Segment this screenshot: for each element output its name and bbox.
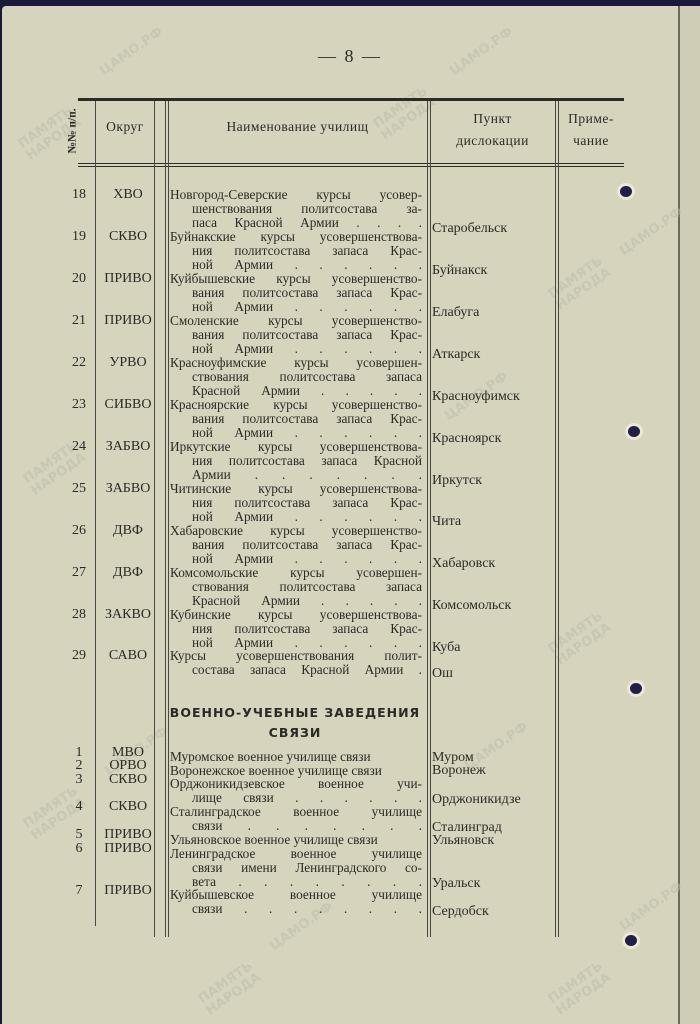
- row-number: 4: [62, 800, 96, 814]
- school-name-line: вания политсостава запаса Крас-: [170, 286, 422, 300]
- school-name-line: ной Армии . . . . . .: [170, 342, 422, 356]
- school-name-line: Красной Армии . . . . .: [170, 384, 422, 398]
- row-number: 25: [62, 482, 96, 496]
- punch-hole: [628, 426, 640, 437]
- school-name-line: Курсы усовершенствования полит-: [170, 649, 422, 663]
- row-okrug: ПРИВО: [98, 884, 158, 898]
- school-name-line: лище связи . . . . . .: [170, 791, 422, 805]
- row-okrug: САВО: [98, 649, 158, 663]
- section-title-line1: ВОЕННО-УЧЕБНЫЕ ЗАВЕДЕНИЯ: [160, 703, 430, 723]
- school-name-line: Орджоникидзевское военное учи-: [170, 777, 422, 791]
- school-name-line: Иркутские курсы усовершенствова-: [170, 440, 422, 454]
- row-school-name: Красноярские курсы усовершенство-вания п…: [170, 398, 422, 440]
- school-name-line: ствования политсостава запаса: [170, 580, 422, 594]
- row-number: 29: [62, 649, 96, 663]
- school-name-line: ния политсостава запаса Крас-: [170, 622, 422, 636]
- section-title-line2: СВЯЗИ: [160, 723, 430, 743]
- row-okrug: СИБВО: [98, 398, 158, 412]
- school-name-line: вания политсостава запаса Крас-: [170, 412, 422, 426]
- row-location: Воронеж: [432, 764, 486, 778]
- school-name-line: Красноярские курсы усовершенство-: [170, 398, 422, 412]
- row-number: 2: [62, 759, 96, 773]
- row-okrug: ПРИВО: [98, 828, 158, 842]
- row-okrug: ПРИВО: [98, 272, 158, 286]
- row-location: Куба: [432, 641, 460, 655]
- row-location: Комсомольск: [432, 599, 511, 613]
- row-location: Елабуга: [432, 306, 479, 320]
- school-name-line: паса Красной Армии . . . .: [170, 216, 422, 230]
- row-school-name: Ленинградское военное училищесвязи имени…: [170, 847, 422, 889]
- school-name-line: шенствования политсостава за-: [170, 202, 422, 216]
- row-okrug: СКВО: [98, 800, 158, 814]
- column-divider: [555, 101, 556, 937]
- school-name-line: ной Армии . . . . . .: [170, 552, 422, 566]
- row-okrug: ХВО: [98, 188, 158, 202]
- punch-hole: [620, 186, 632, 197]
- school-name-line: вания политсостава запаса Крас-: [170, 328, 422, 342]
- row-location: Чита: [432, 515, 461, 529]
- school-name-line: связи имени Ленинградского со-: [170, 861, 422, 875]
- school-name-line: Буйнакские курсы усовершенствова-: [170, 230, 422, 244]
- header-name: Наименование училищ: [168, 116, 427, 138]
- row-number: 7: [62, 884, 96, 898]
- punch-hole: [625, 935, 637, 946]
- page-number: — 8 —: [0, 46, 700, 67]
- row-school-name: Орджоникидзевское военное учи-лище связи…: [170, 777, 422, 805]
- school-name-line: ной Армии . . . . . .: [170, 258, 422, 272]
- row-location: Иркутск: [432, 474, 482, 488]
- header-place-line2: дислокации: [430, 130, 555, 152]
- row-okrug: ПРИВО: [98, 842, 158, 856]
- row-location: Буйнакск: [432, 264, 487, 278]
- row-number: 22: [62, 356, 96, 370]
- row-okrug: ДВФ: [98, 524, 158, 538]
- column-divider: [165, 101, 166, 937]
- row-school-name: Муромское военное училище связи: [170, 750, 422, 764]
- row-school-name: Иркутские курсы усовершенствова-ния поли…: [170, 440, 422, 482]
- row-school-name: Кубинские курсы усовершенствова-ния поли…: [170, 608, 422, 650]
- school-name-line: вания политсостава запаса Крас-: [170, 538, 422, 552]
- punch-hole: [630, 683, 642, 694]
- school-name-line: ствования политсостава запаса: [170, 370, 422, 384]
- school-name-line: ния политсостава запаса Крас-: [170, 244, 422, 258]
- row-number: 19: [62, 230, 96, 244]
- school-name-line: Кубинские курсы усовершенствова-: [170, 608, 422, 622]
- school-name-line: ния политсостава запаса Крас-: [170, 496, 422, 510]
- table-top-rule: [78, 98, 624, 101]
- row-location: Старобельск: [432, 222, 507, 236]
- header-place-line1: Пункт: [430, 108, 555, 130]
- row-school-name: Красноуфимские курсы усовершен-ствования…: [170, 356, 422, 398]
- school-name-line: Новгород-Северские курсы усовер-: [170, 188, 422, 202]
- header-note: Приме- чание: [558, 108, 624, 152]
- school-name-line: Куйбышевское военное училище: [170, 888, 422, 902]
- row-location: Красноуфимск: [432, 390, 520, 404]
- row-location: Хабаровск: [432, 557, 495, 571]
- row-location: Орджоникидзе: [432, 793, 521, 807]
- row-school-name: Буйнакские курсы усовершенствова-ния пол…: [170, 230, 422, 272]
- school-name-line: связи . . . . . . .: [170, 819, 422, 833]
- row-location: Уральск: [432, 877, 480, 891]
- school-name-line: ной Армии . . . . . .: [170, 510, 422, 524]
- row-okrug: ДВФ: [98, 566, 158, 580]
- header-note-line1: Приме-: [558, 108, 624, 130]
- row-number: 3: [62, 773, 96, 787]
- row-okrug: ОРВО: [98, 759, 158, 773]
- row-number: 6: [62, 842, 96, 856]
- row-number: 5: [62, 828, 96, 842]
- school-name-line: ния политсостава запаса Красной: [170, 454, 422, 468]
- row-school-name: Смоленские курсы усовершенство-вания пол…: [170, 314, 422, 356]
- row-okrug: СКВО: [98, 773, 158, 787]
- header-rule-2: [78, 166, 624, 167]
- row-number: 21: [62, 314, 96, 328]
- row-okrug: ЗАБВО: [98, 440, 158, 454]
- school-name-line: Читинские курсы усовершенствова-: [170, 482, 422, 496]
- row-school-name: Куйбышевское военное училищесвязи . . . …: [170, 888, 422, 916]
- row-number: 18: [62, 188, 96, 202]
- school-name-line: Армии . . . . . . .: [170, 468, 422, 482]
- school-name-line: Ульяновское военное училище связи: [170, 833, 422, 847]
- row-school-name: Сталинградское военное училищесвязи . . …: [170, 805, 422, 833]
- school-name-line: связи . . . . . . . .: [170, 902, 422, 916]
- school-name-line: ной Армии . . . . . .: [170, 300, 422, 314]
- row-okrug: ЗАБВО: [98, 482, 158, 496]
- row-number: 27: [62, 566, 96, 580]
- school-name-line: Смоленские курсы усовершенство-: [170, 314, 422, 328]
- column-divider: [168, 101, 169, 937]
- row-location: Ош: [432, 667, 453, 681]
- row-school-name: Комсомольские курсы усовершен-ствования …: [170, 566, 422, 608]
- page-edge: [678, 6, 700, 1024]
- column-divider: [430, 101, 431, 937]
- row-location: Ульяновск: [432, 834, 494, 848]
- row-okrug: УРВО: [98, 356, 158, 370]
- school-name-line: Сталинградское военное училище: [170, 805, 422, 819]
- row-okrug: СКВО: [98, 230, 158, 244]
- school-name-line: Муромское военное училище связи: [170, 750, 422, 764]
- row-location: Красноярск: [432, 432, 501, 446]
- school-name-line: ной Армии . . . . . .: [170, 426, 422, 440]
- row-number: 28: [62, 608, 96, 622]
- row-okrug: ЗАКВО: [98, 608, 158, 622]
- row-school-name: Хабаровские курсы усовершенство-вания по…: [170, 524, 422, 566]
- school-name-line: Куйбышевские курсы усовершенство-: [170, 272, 422, 286]
- header-note-line2: чание: [558, 130, 624, 152]
- row-school-name: Ульяновское военное училище связи: [170, 833, 422, 847]
- row-school-name: Куйбышевские курсы усовершенство-вания п…: [170, 272, 422, 314]
- school-name-line: Красноуфимские курсы усовершен-: [170, 356, 422, 370]
- header-okrug: Округ: [96, 116, 154, 138]
- column-divider: [427, 101, 428, 937]
- row-school-name: Курсы усовершенствования полит-состава з…: [170, 649, 422, 677]
- row-number: 24: [62, 440, 96, 454]
- row-location: Аткарск: [432, 348, 480, 362]
- school-name-line: состава запаса Красной Армии .: [170, 663, 422, 677]
- row-number: 26: [62, 524, 96, 538]
- school-name-line: Комсомольские курсы усовершен-: [170, 566, 422, 580]
- row-number: 23: [62, 398, 96, 412]
- row-number: 20: [62, 272, 96, 286]
- section-title: ВОЕННО-УЧЕБНЫЕ ЗАВЕДЕНИЯ СВЯЗИ: [160, 703, 430, 743]
- row-school-name: Новгород-Северские курсы усовер-шенствов…: [170, 188, 422, 230]
- row-location: Сердобск: [432, 905, 489, 919]
- school-name-line: Красной Армии . . . . .: [170, 594, 422, 608]
- header-rule: [78, 163, 624, 164]
- school-name-line: Хабаровские курсы усовершенство-: [170, 524, 422, 538]
- school-name-line: Ленинградское военное училище: [170, 847, 422, 861]
- column-divider: [558, 101, 559, 937]
- header-number: №№ п/п.: [58, 98, 88, 164]
- row-okrug: ПРИВО: [98, 314, 158, 328]
- row-school-name: Читинские курсы усовершенствова-ния поли…: [170, 482, 422, 524]
- header-place: Пункт дислокации: [430, 108, 555, 152]
